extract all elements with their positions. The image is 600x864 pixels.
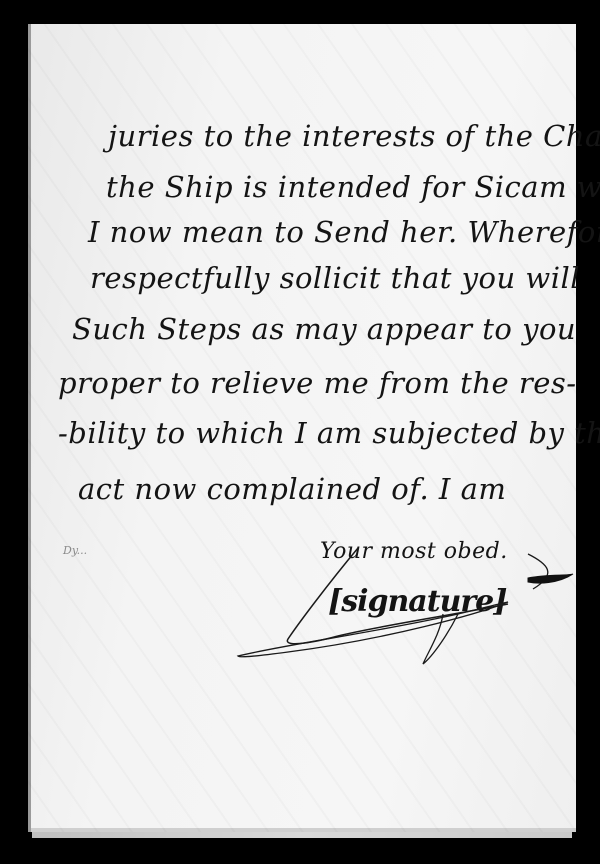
text-line-5: Such Steps as may appear to you <box>72 312 576 346</box>
faint-margin-note: Dy... <box>63 544 87 557</box>
text-line-6: proper to relieve me from the res- <box>58 366 577 400</box>
text-line-1: juries to the interests of the Charterer… <box>108 119 600 153</box>
text-line-7: -bility to which I am subjected by the <box>58 416 600 450</box>
text-line-2: the Ship is intended for Sicam who <box>106 170 600 204</box>
signature-flourish-icon <box>228 544 588 674</box>
text-line-3: I now mean to Send her. Wherefore I <box>88 215 600 249</box>
text-line-8: act now complained of. I am <box>78 472 506 506</box>
manuscript-page: juries to the interests of the Charterer… <box>28 24 576 832</box>
page-bottom-edge <box>32 832 572 838</box>
text-line-4: respectfully sollicit that you will <box>90 261 580 295</box>
